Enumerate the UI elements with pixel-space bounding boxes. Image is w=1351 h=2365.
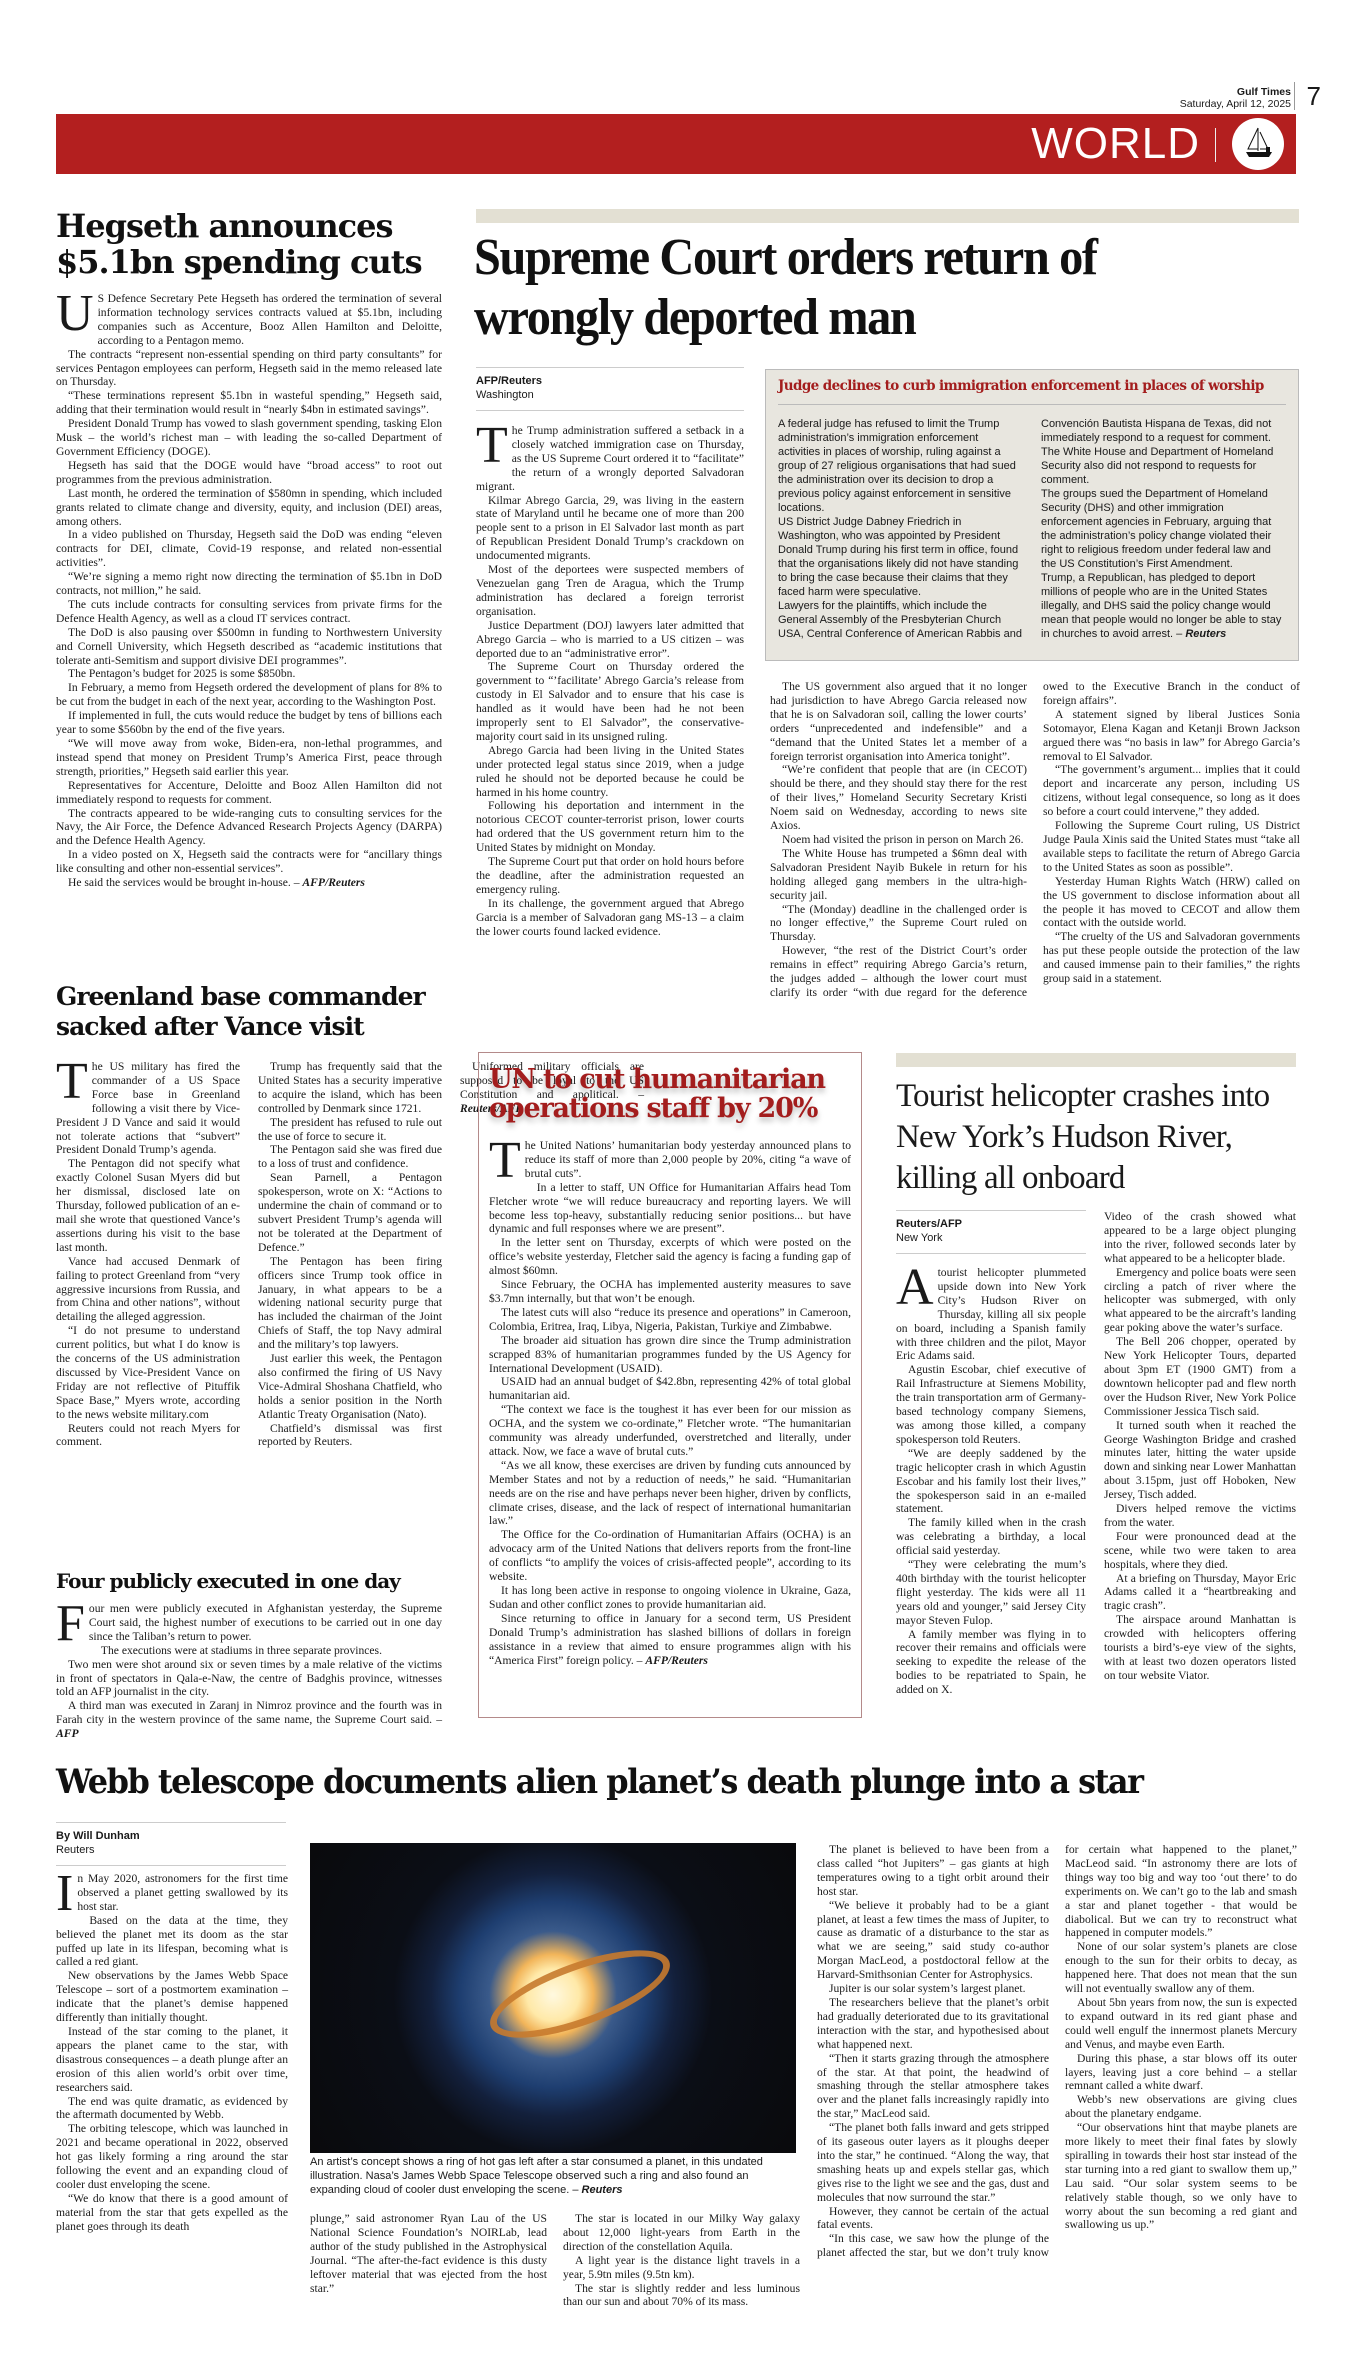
paragraph: None of our solar system’s planets are c…	[1065, 1940, 1297, 1996]
paragraph: “Then it starts grazing through the atmo…	[817, 2052, 1049, 2122]
paragraph: “We do know that there is a good amount …	[56, 2192, 288, 2234]
paragraph: he Trump administration suffered a setba…	[476, 424, 744, 494]
paragraph: The Supreme Court put that order on hold…	[476, 855, 744, 897]
paragraph: The Bell 206 chopper, operated by New Yo…	[1104, 1335, 1296, 1418]
sidebar-worship: Judge declines to curb immigration enfor…	[765, 369, 1299, 661]
paragraph: Representatives for Accenture, Deloitte …	[56, 779, 442, 807]
article-body: U S Defence Secretary Pete Hegseth has o…	[56, 292, 442, 890]
paragraph: The groups sued the Department of Homela…	[1041, 487, 1286, 571]
paragraph: he United Nations’ humanitarian body yes…	[489, 1139, 851, 1181]
drop-cap: A	[896, 1268, 934, 1308]
paragraph: Hegseth has said that the DOGE would hav…	[56, 459, 442, 487]
paragraph: The star is located in our Milky Way gal…	[563, 2212, 800, 2254]
paragraph: “The planet both falls inward and gets s…	[817, 2121, 1049, 2204]
paragraph: Trump, a Republican, has pledged to depo…	[1041, 572, 1281, 640]
paragraph: The end was quite dramatic, as evidenced…	[56, 2095, 288, 2123]
paragraph: If implemented in full, the cuts would r…	[56, 709, 442, 737]
paragraph: Jupiter is our solar system’s largest pl…	[817, 1982, 1049, 1996]
sidebar-body: A federal judge has refused to limit the…	[778, 417, 1286, 641]
drop-cap: I	[56, 1874, 73, 1914]
article-body-webb-under-image: plunge,” said astronomer Ryan Lau of the…	[310, 2212, 800, 2332]
paragraph: Justice Department (DOJ) lawyers later a…	[476, 619, 744, 661]
paragraph: However, they cannot be certain of the a…	[817, 2205, 1049, 2233]
byline: By Will Dunham Reuters	[56, 1822, 286, 1866]
paragraph: Video of the crash showed what appeared …	[1104, 1210, 1296, 1266]
paragraph: The Pentagon has been firing officers si…	[258, 1255, 442, 1352]
article-body: T he US military has fired the commander…	[56, 1060, 442, 1466]
paragraph: Following his deportation and internment…	[476, 799, 744, 855]
drop-cap: T	[56, 1062, 88, 1102]
paragraph: It turned south when it reached the Geor…	[1104, 1419, 1296, 1502]
paragraph: Just earlier this week, the Pentagon als…	[258, 1352, 442, 1422]
paragraph: Chatfield’s dismissal was first reported…	[258, 1422, 442, 1450]
paragraph: The contracts appeared to be wide-rangin…	[56, 807, 442, 849]
section-rule	[896, 1053, 1296, 1067]
paper-name: Gulf Times	[1180, 86, 1291, 98]
paragraph: During this phase, a star blows off its …	[1065, 2052, 1297, 2094]
paragraph: Reuters could not reach Myers for commen…	[56, 1422, 240, 1450]
paragraph: Two men were shot around six or seven ti…	[56, 1658, 442, 1700]
paragraph: Instead of the star coming to the planet…	[56, 2025, 288, 2095]
paragraph: Vance had accused Denmark of failing to …	[56, 1255, 240, 1325]
paragraph: The broader aid situation has grown dire…	[489, 1334, 851, 1376]
paragraph: In a video posted on X, Hegseth said the…	[56, 848, 442, 876]
byline-place: New York	[896, 1232, 942, 1244]
star-planet-illustration	[310, 1843, 796, 2153]
paragraph: The president has refused to rule out th…	[258, 1116, 442, 1144]
byline-agency: Reuters/AFP	[896, 1217, 1086, 1231]
paragraph: The planet is believed to have been from…	[817, 1843, 1049, 1899]
article-un-cuts: UN to cut humanitarian operations staff …	[478, 1052, 862, 1718]
paragraph: Four were pronounced dead at the scene, …	[1104, 1530, 1296, 1572]
paragraph: Trump has frequently said that the Unite…	[258, 1060, 442, 1116]
section-title: WORLD	[1031, 120, 1200, 168]
paragraph: our men were publicly executed in Afghan…	[56, 1602, 442, 1644]
paragraph: “I do not presume to understand current …	[56, 1324, 240, 1421]
sidebar-credit: Reuters	[1185, 628, 1226, 640]
paragraph: A third man was executed in Zaranj in Ni…	[56, 1699, 442, 1726]
drop-cap: U	[56, 294, 94, 334]
paragraph: A statement signed by liberal Justices S…	[1043, 708, 1300, 764]
paragraph: The orbiting telescope, which was launch…	[56, 2122, 288, 2192]
dhow-boat-icon	[1232, 118, 1284, 170]
paragraph: Based on the data at the time, they beli…	[56, 1914, 288, 1970]
byline-agency: AFP/Reuters	[476, 374, 744, 388]
article-body-webb-right: The planet is believed to have been from…	[817, 1843, 1297, 2278]
paragraph: Most of the deportees were suspected mem…	[476, 563, 744, 619]
paragraph: The Supreme Court on Thursday ordered th…	[476, 660, 744, 743]
paragraph: Sean Parnell, a Pentagon spokesperson, w…	[258, 1171, 442, 1254]
paragraph: Divers helped remove the victims from th…	[1104, 1502, 1296, 1530]
article-body: F our men were publicly executed in Afgh…	[56, 1602, 442, 1741]
paragraph: Since February, the OCHA has implemented…	[489, 1278, 851, 1306]
paragraph: The family killed when in the crash was …	[896, 1516, 1086, 1558]
paragraph: New observations by the James Webb Space…	[56, 1969, 288, 2025]
article-credit: AFP	[56, 1727, 79, 1740]
paragraph: In its challenge, the government argued …	[476, 897, 744, 939]
paragraph: The researchers believe that the planet’…	[817, 1996, 1049, 2052]
byline: Reuters/AFP New York	[896, 1210, 1086, 1254]
paragraph: “They were celebrating the mum’s 40th bi…	[896, 1558, 1086, 1628]
byline-place: Washington	[476, 389, 534, 401]
paragraph: The executions were at stadiums in three…	[56, 1644, 442, 1658]
page-number: 7	[1294, 82, 1321, 110]
paragraph: In February, a memo from Hegseth ordered…	[56, 681, 442, 709]
paragraph: He said the services would be brought in…	[68, 876, 300, 889]
paragraph: The cuts include contracts for consultin…	[56, 598, 442, 626]
section-divider	[1215, 128, 1216, 162]
paragraph: A family member was flying in to recover…	[896, 1628, 1086, 1698]
caption-text: An artist’s concept shows a ring of hot …	[310, 2156, 763, 2196]
issue-date: Saturday, April 12, 2025	[1180, 98, 1291, 110]
paragraph: “We will move away from woke, Biden-era,…	[56, 737, 442, 779]
masthead-meta: Gulf Times Saturday, April 12, 2025	[1180, 86, 1291, 110]
article-hegseth: Hegseth announces $5.1bn spending cuts U…	[56, 208, 442, 890]
paragraph: Emergency and police boats were seen cir…	[1104, 1266, 1296, 1336]
article-credit: AFP/Reuters	[645, 1654, 708, 1667]
paragraph: Abrego Garcia had been living in the Uni…	[476, 744, 744, 800]
article-headline-webb: Webb telescope documents alien planet’s …	[56, 1762, 1231, 1802]
article-body-supreme-court-cont: The US government also argued that it no…	[770, 680, 1300, 1036]
paragraph: A light year is the distance light trave…	[563, 2254, 800, 2282]
paragraph: The US government also argued that it no…	[770, 680, 1027, 763]
paragraph: In a video published on Thursday, Hegset…	[56, 528, 442, 570]
article-greenland: Greenland base commander sacked after Va…	[56, 982, 442, 1466]
paragraph: The Pentagon’s budget for 2025 is some $…	[56, 667, 442, 681]
paragraph: S Defence Secretary Pete Hegseth has ord…	[56, 292, 442, 348]
paragraph: “These terminations represent $5.1bn in …	[56, 389, 442, 417]
paragraph: “Our observations hint that maybe planet…	[1065, 2121, 1297, 2232]
byline: AFP/Reuters Washington	[476, 367, 744, 411]
paragraph: In the letter sent on Thursday, excerpts…	[489, 1236, 851, 1278]
paragraph: Following the Supreme Court ruling, US D…	[1043, 819, 1300, 875]
paragraph: The Pentagon did not specify what exactl…	[56, 1157, 240, 1254]
section-rule	[476, 209, 1299, 223]
paragraph: The White House has trumpeted a $6mn dea…	[770, 847, 1027, 903]
paragraph: President Donald Trump has vowed to slas…	[56, 417, 442, 459]
paragraph: It has long been active in response to o…	[489, 1584, 851, 1612]
paragraph: The DoD is also pausing over $500mn in f…	[56, 626, 442, 668]
paragraph: Noem had visited the prison in person on…	[770, 833, 1027, 847]
article-body-webb-col1: I n May 2020, astronomers for the first …	[56, 1872, 288, 2234]
paragraph: “The cruelty of the US and Salvadoran go…	[1043, 930, 1300, 986]
paragraph: “We believe it probably had to be a gian…	[817, 1899, 1049, 1982]
paragraph: A federal judge has refused to limit the…	[778, 417, 1023, 515]
article-executions: Four publicly executed in one day F our …	[56, 1568, 442, 1741]
article-credit: AFP/Reuters	[302, 876, 365, 889]
sidebar-headline: Judge declines to curb immigration enfor…	[778, 378, 1286, 405]
paragraph: The contracts “represent non-essential s…	[56, 348, 442, 390]
article-headline: Four publicly executed in one day	[56, 1568, 442, 1594]
paragraph: “The government’s argument... implies th…	[1043, 763, 1300, 819]
paragraph: “The context we face is the toughest it …	[489, 1403, 851, 1459]
paragraph: The Pentagon said she was fired due to a…	[258, 1143, 442, 1171]
article-headline: Greenland base commander sacked after Va…	[56, 982, 442, 1042]
article-headline: UN to cut humanitarian operations staff …	[489, 1065, 851, 1123]
caption-credit: Reuters	[582, 2184, 623, 2196]
article-headline-helicopter: Tourist helicopter crashes into New York…	[896, 1076, 1306, 1199]
paragraph: About 5bn years from now, the sun is exp…	[1065, 1996, 1297, 2052]
paragraph: USAID had an annual budget of $42.8bn, r…	[489, 1375, 851, 1403]
paragraph: “We are deeply saddened by the tragic he…	[896, 1447, 1086, 1517]
article-body-helicopter-col1: A tourist helicopter plummeted upside do…	[896, 1266, 1086, 1697]
paragraph: Last month, he ordered the termination o…	[56, 487, 442, 529]
paragraph: “We’re confident that people that are (i…	[770, 763, 1027, 833]
paragraph: The star is slightly redder and less lum…	[563, 2282, 800, 2310]
paragraph: n May 2020, astronomers for the first ti…	[56, 1872, 288, 1914]
paragraph: US District Judge Dabney Friedrich in Wa…	[778, 515, 1023, 599]
paragraph: “We’re signing a memo right now directin…	[56, 570, 442, 598]
paragraph: The airspace around Manhattan is crowded…	[1104, 1613, 1296, 1683]
drop-cap: F	[56, 1604, 85, 1644]
article-body: T he United Nations’ humanitarian body y…	[489, 1139, 851, 1667]
byline-author: By Will Dunham	[56, 1829, 286, 1843]
paragraph: Kilmar Abrego Garcia, 29, was living in …	[476, 494, 744, 564]
paragraph: The latest cuts will also “reduce its pr…	[489, 1306, 851, 1334]
paragraph: “As we all know, these exercises are dri…	[489, 1459, 851, 1529]
drop-cap: T	[489, 1141, 521, 1181]
article-headline-supreme-court: Supreme Court orders return of wrongly d…	[474, 228, 1246, 348]
paragraph: Yesterday Human Rights Watch (HRW) calle…	[1043, 875, 1300, 931]
paragraph: “The (Monday) deadline in the challenged…	[770, 903, 1027, 945]
byline-agency: Reuters	[56, 1844, 95, 1856]
image-caption: An artist’s concept shows a ring of hot …	[310, 2155, 800, 2197]
section-banner: WORLD	[56, 114, 1296, 174]
paragraph: Agustin Escobar, chief executive of Rail…	[896, 1363, 1086, 1446]
article-body-helicopter-col2: Video of the crash showed what appeared …	[1104, 1210, 1296, 1683]
paragraph: Webb’s new observations are giving clues…	[1065, 2093, 1297, 2121]
drop-cap: T	[476, 426, 508, 466]
article-headline: Hegseth announces $5.1bn spending cuts	[56, 208, 442, 280]
paragraph: The Office for the Co-ordination of Huma…	[489, 1528, 851, 1584]
gas-ring-graphic	[480, 1932, 680, 2055]
paragraph: In a letter to staff, UN Office for Huma…	[489, 1181, 851, 1237]
paragraph: plunge,” said astronomer Ryan Lau of the…	[310, 2212, 547, 2295]
paragraph: The White House and Department of Homela…	[1041, 445, 1286, 487]
paragraph: At a briefing on Thursday, Mayor Eric Ad…	[1104, 1572, 1296, 1614]
article-body-supreme-court: T he Trump administration suffered a set…	[476, 424, 744, 939]
